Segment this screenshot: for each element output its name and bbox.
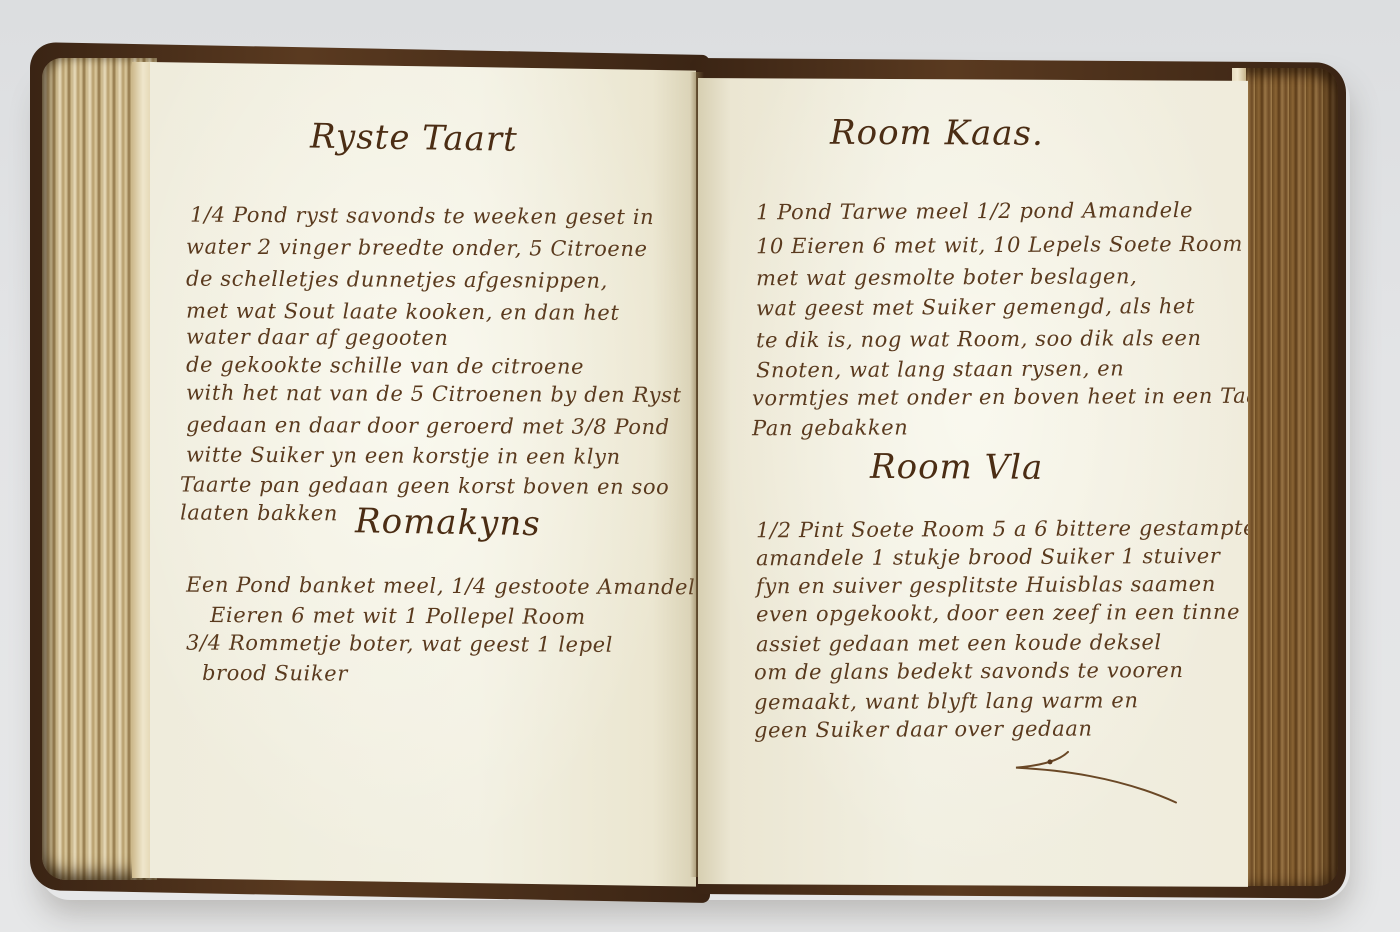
recipe-line: witte Suiker yn een korstje in een klyn [186, 443, 621, 469]
recipe-line: te dik is, nog wat Room, soo dik als een [756, 326, 1202, 352]
recipe-line: Een Pond banket meel, 1/4 gestoote Amand… [186, 573, 696, 600]
right-page: Room Kaas. 1 Pond Tarwe meel 1/2 pond Am… [698, 78, 1248, 887]
recipe-title-room-kaas: Room Kaas. [830, 113, 1044, 154]
recipe-line: gemaakt, want blyft lang warm en [754, 688, 1139, 714]
page-stack-right [1238, 68, 1338, 886]
recipe-line: 1/4 Pond ryst savonds te weeken geset in [190, 203, 654, 229]
recipe-line: Snoten, wat lang staan rysen, en [756, 356, 1125, 382]
recipe-line: water daar af gegooten [186, 325, 449, 350]
recipe-line: water 2 vinger breedte onder, 5 Citroene [186, 235, 648, 261]
recipe-line: brood Suiker [202, 661, 348, 686]
recipe-line: wat geest met Suiker gemengd, als het [756, 294, 1195, 320]
recipe-line: de gekookte schille van de citroene [186, 353, 584, 379]
recipe-line: 1/2 Pint Soete Room 5 a 6 bittere gestam… [756, 516, 1248, 543]
recipe-line: 1 Pond Tarwe meel 1/2 pond Amandele [756, 198, 1193, 224]
recipe-line: laaten bakken [180, 500, 338, 525]
left-page: Ryste Taart 1/4 Pond ryst savonds te wee… [150, 62, 696, 887]
recipe-line: with het nat van de 5 Citroenen by den R… [186, 381, 682, 408]
recipe-line: gedaan en daar door geroerd met 3/8 Pond [186, 413, 670, 440]
end-flourish-icon [998, 740, 1198, 811]
recipe-line: met wat Sout laate kooken, en dan het [186, 299, 620, 325]
recipe-line: geen Suiker daar over gedaan [754, 717, 1093, 743]
recipe-title-romakyns: Romakyns [355, 501, 541, 544]
recipe-line: vormtjes met onder en boven heet in een … [752, 383, 1248, 410]
recipe-line: Pan gebakken [752, 415, 909, 440]
recipe-line: fyn en suiver gesplitste Huisblas saamen [756, 572, 1216, 598]
recipe-line: Taarte pan gedaan geen korst boven en so… [180, 472, 670, 499]
recipe-line: 10 Eieren 6 met wit, 10 Lepels Soete Roo… [756, 232, 1243, 259]
photo-scene: Ryste Taart 1/4 Pond ryst savonds te wee… [0, 0, 1400, 932]
recipe-line: amandele 1 stukje brood Suiker 1 stuiver [756, 544, 1221, 570]
recipe-line: 3/4 Rommetje boter, wat geest 1 lepel [186, 631, 613, 657]
recipe-line: assiet gedaan met een koude deksel [756, 630, 1162, 656]
recipe-line: de schelletjes dunnetjes afgesnippen, [186, 267, 608, 293]
recipe-line: met wat gesmolte boter beslagen, [756, 264, 1138, 290]
recipe-line: even opgekookt, door een zeef in een tin… [756, 600, 1240, 627]
recipe-line: Eieren 6 met wit 1 Pollepel Room [210, 603, 586, 629]
recipe-line: om de glans bedekt savonds te vooren [754, 658, 1184, 684]
recipe-title-ryste-taart: Ryste Taart [310, 117, 518, 160]
recipe-title-room-vla: Room Vla [870, 447, 1043, 488]
